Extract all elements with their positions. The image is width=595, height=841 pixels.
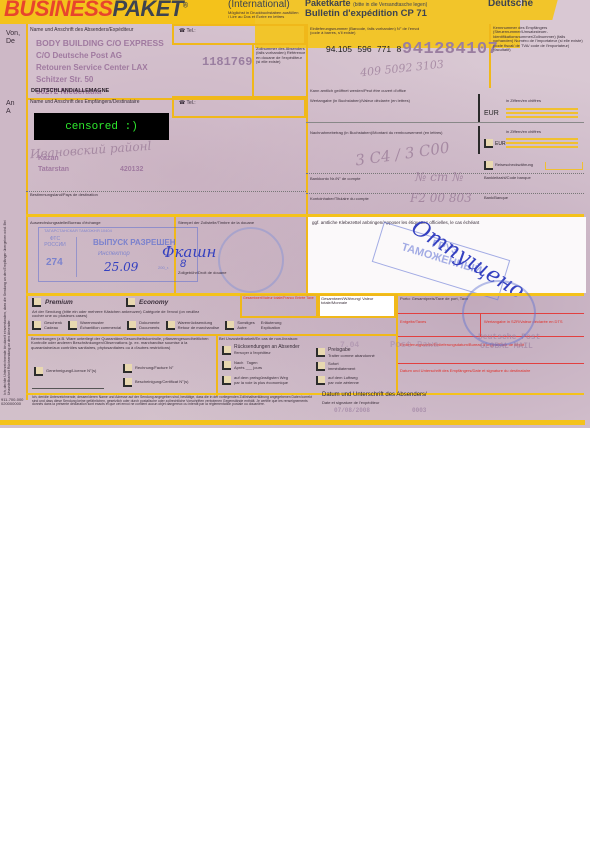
sender-tel-label: ☎ Tel.: (179, 29, 196, 35)
faint-post-stamp: Post Pawa (390, 340, 439, 350)
total-value-label: Gesamtwert/Währung/ Valeur totale/Monnai… (320, 296, 394, 307)
declaration-text: Ich, der/die Unterzeichnende, dessen/der… (32, 396, 318, 407)
recipient-tel-box[interactable]: ☎ Tel.: (172, 96, 306, 118)
recipient-side-label: AnA (6, 100, 15, 117)
cod-currency: EUR (495, 141, 506, 147)
tracking-label: Einlieferungsnummer (Barcode, falls vorh… (310, 27, 430, 36)
brand-business: BUSINESS (4, 0, 112, 21)
declared-value-label: Wertangabe (in Buchstaben)/Valeur déclar… (310, 99, 410, 103)
tracking-stamp-number: 941284107 (402, 40, 498, 59)
remarks-label: Bemerkungen (z.B. Ware unterliegt der Qu… (31, 337, 213, 350)
return-to-sender-option[interactable]: Rücksendungen an AbsenderRenvoyer à l'ex… (222, 345, 300, 357)
sender-signature-label: Datum und Unterschrift des Absenders/ (322, 392, 427, 398)
sender-code-stamp: 0003 (412, 407, 426, 414)
recipient-address: Kazan Tatarstan (38, 154, 69, 175)
type-option-sample[interactable]: WarenmusterÉchantillon commercial (68, 321, 121, 330)
checkbox[interactable] (166, 321, 175, 330)
importer-id-label: Kennnummer des Empfängers (Steuernummer/… (491, 24, 585, 54)
tracking-number: 94.105 596 771 8 (326, 44, 401, 54)
sender-date-stamp: 07/08/2008 (334, 407, 370, 414)
sidebar-vertical-text-column: Ich, der/die Unterzeichnende bin damit e… (0, 220, 28, 400)
type-option-gift[interactable]: GeschenkCadeau (32, 321, 62, 330)
holder-handwritten: F2 00 803 (410, 191, 472, 205)
sender-field-label: Name und Anschrift des Absenders/Expédit… (30, 28, 133, 34)
round-customs-seal (218, 227, 284, 293)
value-currency: EUR (484, 110, 499, 117)
checkbox[interactable] (484, 139, 493, 148)
bottom-band (0, 420, 585, 425)
customs-date-handwritten: 25.09 (104, 260, 138, 274)
recipient-tel-label: ☎ Tel.: (179, 101, 196, 107)
porto-label: Porto: Gesamtpreis/Taxe de port, Taxe (400, 297, 468, 301)
sender-line: BODY BUILDING C/O EXPRESS (36, 37, 164, 50)
certificate-option[interactable]: Bescheinigung/Certificat N°(s) (123, 378, 188, 387)
air-option[interactable]: auf dem Luftwegpar voie aérienne (316, 376, 359, 385)
type-option-explanation: ErläuterungExplication (261, 321, 282, 330)
customs-parcel-form: BUSINESSPAKET® (International) Möglichst… (0, 0, 590, 428)
recipient-region: Tatarstan (38, 165, 69, 176)
form-title-fr: Bulletin d'expédition CP 71 (305, 8, 427, 19)
customs-ref-box: Zollnummer des Absenders (falls vorhande… (252, 45, 308, 98)
cod-currency-check[interactable]: EUR (484, 139, 506, 148)
checkbox[interactable] (34, 367, 43, 376)
travel-currency-check[interactable]: Reisescheckwährung (484, 161, 533, 170)
sender-customs-ref-stamp: 1181769 (202, 55, 252, 69)
recipient-postcode: 420132 (120, 165, 143, 176)
international-label: (International) (228, 0, 290, 10)
recipient-signature-label: Datum und Unterschrift des Empfängers/Da… (400, 369, 530, 373)
checkbox[interactable] (123, 364, 132, 373)
round-post-seal (462, 280, 536, 346)
registered-mark: ® (183, 3, 188, 10)
sender-line: C/O Deutsche Post AG (36, 50, 164, 62)
bank-account-label: Bankkonto Nr./N° de compte (310, 177, 361, 181)
immediate-option[interactable]: Sofortimmédiatement (316, 362, 355, 371)
premium-option[interactable]: Premium (32, 298, 73, 307)
sender-country: DEUTSCHLAND/ALLEMAGNE (31, 88, 109, 94)
undeliverable-stamp-date: 7.04 (340, 341, 359, 350)
divider (478, 126, 480, 154)
type-option-return[interactable]: WarenrücksendungRetour de marchandise (166, 321, 220, 330)
bank-label: Bank/Banque (484, 196, 508, 200)
carrier-name: Deutsche (488, 0, 533, 9)
undeliverable-label: Bei Unzustellbarkeit/En cas de non-livra… (219, 337, 298, 341)
sender-side-label: Von,De (6, 30, 20, 47)
duty-label: Zollgebühr/Droit de douane (178, 271, 226, 275)
account-holder-label: Kontoinhaber/Titulaire du compte (310, 197, 369, 201)
checkbox[interactable] (32, 298, 41, 307)
checkbox[interactable] (126, 298, 135, 307)
currency-code-boxes[interactable] (545, 162, 583, 170)
fees-label: Entgelte/Taxes (400, 320, 426, 324)
cod-label: Nachnahmebetrag (in Buchstaben)/Montant … (310, 131, 443, 135)
destination-country-label: Bestimmungsland/Pays de destination (30, 193, 98, 197)
checkbox[interactable] (127, 321, 136, 330)
checkbox[interactable] (123, 378, 132, 387)
bank-code-label: Bankleitzahl/Code banque (484, 176, 531, 180)
checkbox[interactable] (32, 321, 41, 330)
sender-line: Retouren Service Center LAX (36, 62, 164, 74)
divider (478, 94, 480, 122)
divider (32, 388, 104, 389)
cod-digits-label: in Ziffern/en chiffres (506, 130, 541, 134)
brand-paket: PAKET (112, 0, 182, 21)
exchange-office-label: Auswechslungsstelle/Bureau d'échange (30, 221, 101, 225)
checkbox[interactable] (484, 161, 493, 170)
checkbox[interactable] (225, 321, 234, 330)
form-code: 911-700-000 020000000 (1, 398, 29, 407)
value-digits-label: in Ziffern/en chiffres (506, 99, 541, 103)
checkbox[interactable] (222, 361, 231, 370)
form-title-de: Paketkarte (bitte in die Versandtasche l… (305, 0, 427, 8)
premium-label: Premium (45, 299, 73, 306)
intl-note: Möglichst in Druckbuchstaben ausfüllen /… (228, 11, 300, 20)
cod-digit-lines[interactable] (506, 138, 578, 148)
travel-currency-label: Reisescheckwährung (495, 163, 533, 167)
side-column (0, 24, 28, 220)
checkbox[interactable] (68, 321, 77, 330)
shipment-type-options: GeschenkCadeau WarenmusterÉchantillon co… (32, 321, 322, 330)
after-days-option[interactable]: Nach TagenAprès ___ jours (222, 361, 262, 370)
recipient-field-label: Name und Anschrift des Empfängers/Destin… (30, 100, 140, 106)
divider (398, 363, 584, 364)
checkbox[interactable] (222, 346, 231, 355)
bank-handwritten: № ст № (415, 170, 463, 184)
sender-signature-fr-label: Date et signature de l'expéditeur (322, 401, 379, 405)
official-open-label: Kann amtlich geöffnet werden/Peut être o… (310, 89, 406, 93)
type-option-documents[interactable]: DokumenteDocuments (127, 321, 159, 330)
censored-recipient-name: censored :) (34, 113, 169, 140)
sidebar-vertical-text: Ich, der/die Unterzeichnende bin damit e… (3, 220, 11, 395)
recipient-city: Kazan (38, 154, 69, 165)
invoice-option[interactable]: Rechnung/Facture N° (123, 364, 174, 373)
total-value-red-box: Gesamtwert/Valeur totale/Franco Entrée T… (240, 294, 318, 318)
economy-option[interactable]: Economy (126, 298, 168, 307)
checkbox[interactable] (316, 362, 325, 371)
total-value-box[interactable]: Gesamtwert/Währung/ Valeur totale/Monnai… (318, 294, 396, 318)
sender-line: Schitzer Str. 50 (36, 74, 164, 86)
sender-tel-box[interactable]: ☎ Tel.: (172, 24, 306, 45)
customs-signature: Фкашн (162, 243, 216, 261)
type-option-other[interactable]: SonstigesAutre (225, 321, 255, 330)
surface-option[interactable]: auf dem preisgünstigsten Wegpar la voie … (222, 376, 288, 385)
licence-option[interactable]: Genehmigung/Licence N°(s) (34, 367, 96, 376)
customs-digit-handwritten: 8 (180, 258, 186, 270)
divider (306, 122, 584, 123)
checkbox[interactable] (222, 376, 231, 385)
customs-stamp-label: Stempel der Zollstelle/Timbre de la doua… (178, 221, 254, 225)
value-digit-lines[interactable] (506, 108, 578, 118)
checkbox[interactable] (316, 348, 325, 357)
economy-label: Economy (139, 299, 168, 306)
shipment-type-label: Art der Sendung (bitte ein oder mehrere … (32, 310, 212, 319)
checkbox[interactable] (316, 376, 325, 385)
brand-logo: BUSINESSPAKET® (4, 0, 188, 22)
total-value-red-label: Gesamtwert/Valeur totale/Franco Entrée T… (242, 296, 316, 302)
importer-id-box: Kennnummer des Empfängers (Steuernummer/… (491, 24, 585, 94)
customs-ref-label: Zollnummer des Absenders (falls vorhande… (254, 45, 308, 67)
